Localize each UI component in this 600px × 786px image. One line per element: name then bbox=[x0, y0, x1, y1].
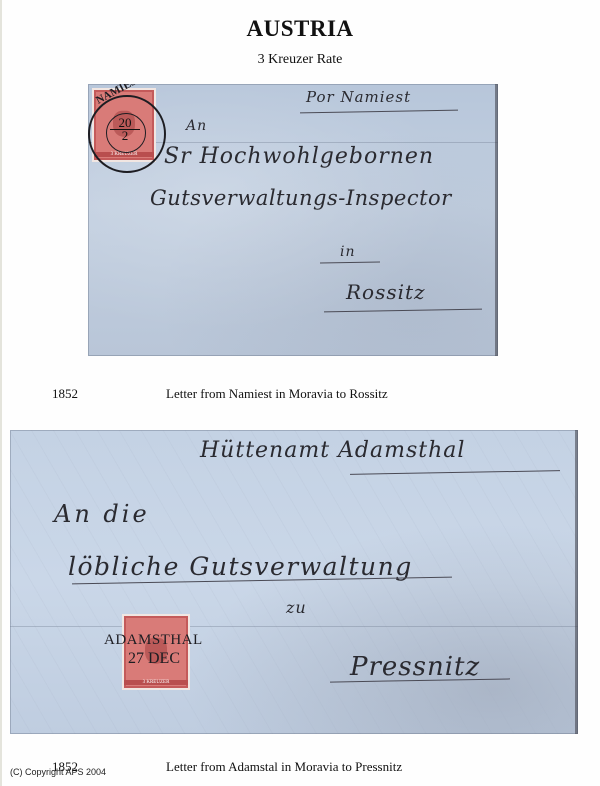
cover-year: 1852 bbox=[52, 386, 78, 402]
handwriting-line: Sr Hochwohlgebornen bbox=[164, 144, 434, 169]
handwriting-line: Hüttenamt Adamsthal bbox=[200, 438, 465, 463]
handwriting-line: löbliche Gutsverwaltung bbox=[68, 552, 413, 581]
postmark-date: 27 DEC bbox=[128, 650, 180, 668]
handwriting-line: An bbox=[186, 118, 207, 134]
cover-image-namiest: 3 KREUZER NAMIEST 20 2 Por Namiest An Sr… bbox=[88, 84, 498, 356]
underline bbox=[324, 309, 482, 313]
handwriting-line: Por Namiest bbox=[306, 88, 411, 106]
underline bbox=[300, 110, 458, 114]
page-edge bbox=[0, 0, 2, 786]
cover-edge bbox=[575, 430, 578, 734]
postmark-date: 20 2 bbox=[110, 117, 140, 142]
cover-image-adamsthal: Hüttenamt Adamsthal An die löbliche Guts… bbox=[10, 430, 578, 734]
cover-caption: Letter from Adamstal in Moravia to Press… bbox=[166, 759, 402, 775]
page-subtitle: 3 Kreuzer Rate bbox=[0, 52, 600, 68]
handwriting-line: Pressnitz bbox=[350, 652, 480, 682]
handwriting-line: zu bbox=[286, 598, 307, 617]
cover-edge bbox=[495, 84, 498, 356]
underline bbox=[350, 470, 560, 475]
stamp-denomination: 3 KREUZER bbox=[124, 680, 188, 685]
postmark-town: ADAMSTHAL bbox=[104, 632, 203, 649]
copyright-notice: (C) Copyright APS 2004 bbox=[10, 767, 106, 777]
handwriting-line: Gutsverwaltungs-Inspector bbox=[150, 186, 452, 210]
handwriting-line: An die bbox=[54, 500, 150, 528]
page-title: AUSTRIA bbox=[0, 16, 600, 42]
cover-caption: Letter from Namiest in Moravia to Rossit… bbox=[166, 386, 388, 402]
handwriting-line: in bbox=[340, 244, 356, 260]
underline bbox=[320, 261, 380, 263]
fold-line bbox=[10, 626, 578, 627]
postmark-month: 2 bbox=[110, 130, 140, 142]
handwriting-line: Rossitz bbox=[346, 280, 426, 304]
